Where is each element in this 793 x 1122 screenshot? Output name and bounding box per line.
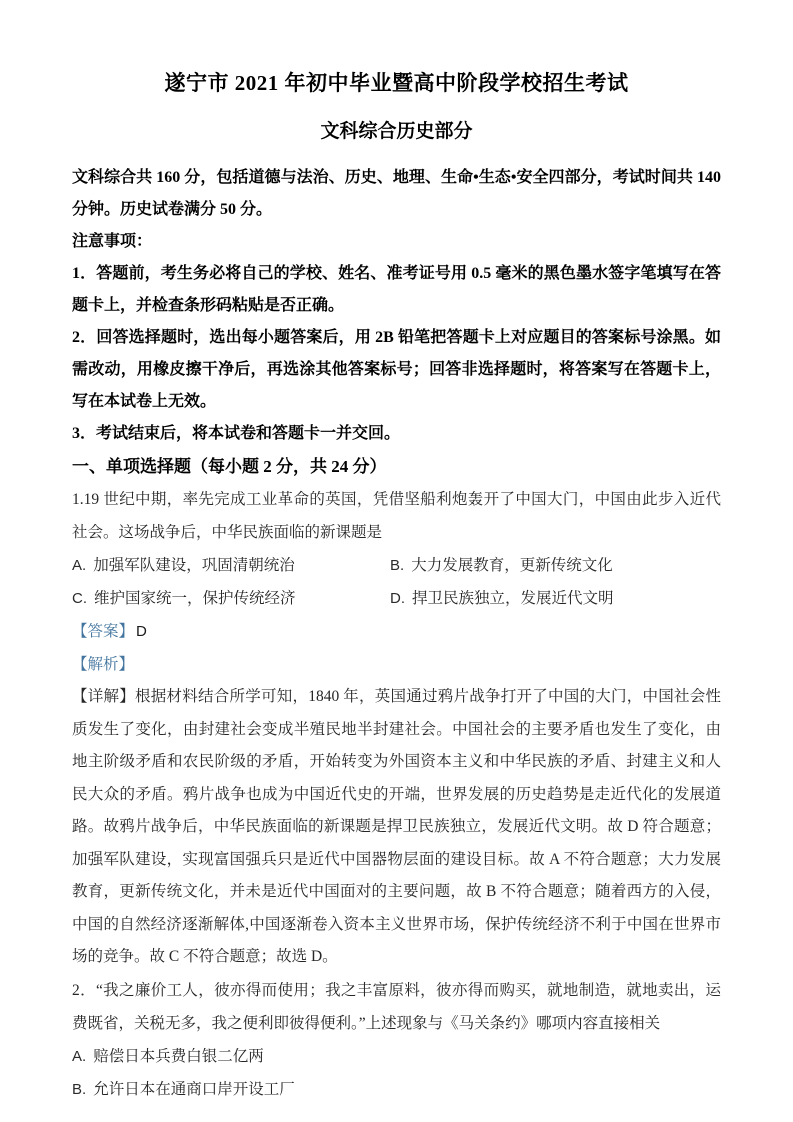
detail-label: 【详解】 xyxy=(72,688,135,705)
question-1-detail: 【详解】根据材料结合所学可知，1840 年，英国通过鸦片战争打开了中国的大门，中… xyxy=(72,681,721,974)
answer-label: 【答案】 xyxy=(72,623,134,640)
notice-item-2: 2．回答选择题时，选出每小题答案后，用 2B 铅笔把答题卡上对应题目的答案标号涂… xyxy=(72,322,721,418)
question-1-option-a: A.加强军队建设，巩固清朝统治 xyxy=(72,549,390,582)
question-1-option-c: C.维护国家统一，保护传统经济 xyxy=(72,582,390,615)
option-d-text: 捍卫民族独立，发展近代文明 xyxy=(412,590,614,607)
question-2-option-a: A.赔偿日本兵费白银二亿两 xyxy=(72,1040,721,1073)
page-subtitle: 文科综合历史部分 xyxy=(72,118,721,146)
option-a-text: 加强军队建设，巩固清朝统治 xyxy=(93,557,295,574)
question-1-options: A.加强军队建设，巩固清朝统治 B.大力发展教育，更新传统文化 C.维护国家统一… xyxy=(72,549,721,615)
option-a-letter: A. xyxy=(72,557,86,574)
question-1-option-d: D.捍卫民族独立，发展近代文明 xyxy=(390,582,721,615)
analysis-label: 【解析】 xyxy=(72,656,134,673)
section-heading: 一、单项选择题（每小题 2 分，共 24 分） xyxy=(72,450,721,483)
q2-option-b-text: 允许日本在通商口岸开设工厂 xyxy=(93,1081,295,1098)
question-2-option-b: B.允许日本在通商口岸开设工厂 xyxy=(72,1073,721,1106)
question-2-stem: 2．“我之廉价工人，彼亦得而使用；我之丰富原料，彼亦得而购买，就地制造，就地卖出… xyxy=(72,974,721,1040)
option-c-text: 维护国家统一，保护传统经济 xyxy=(94,590,296,607)
answer-value: D xyxy=(136,623,147,640)
option-b-letter: B. xyxy=(390,557,404,574)
notice-item-3: 3．考试结束后，将本试卷和答题卡一并交回。 xyxy=(72,418,721,450)
q2-option-a-letter: A. xyxy=(72,1048,86,1065)
exam-summary: 文科综合共 160 分，包括道德与法治、历史、地理、生命•生态•安全四部分，考试… xyxy=(72,162,721,226)
question-1-option-b: B.大力发展教育，更新传统文化 xyxy=(390,549,721,582)
option-d-letter: D. xyxy=(390,590,405,607)
question-1-stem: 1.19 世纪中期，率先完成工业革命的英国，凭借坚船利炮轰开了中国大门，中国由此… xyxy=(72,483,721,549)
detail-text: 根据材料结合所学可知，1840 年，英国通过鸦片战争打开了中国的大门，中国社会性… xyxy=(72,688,721,965)
q2-option-b-letter: B. xyxy=(72,1081,86,1098)
option-b-text: 大力发展教育，更新传统文化 xyxy=(411,557,613,574)
exam-paper-page: 遂宁市 2021 年初中毕业暨高中阶段学校招生考试 文科综合历史部分 文科综合共… xyxy=(0,0,793,1122)
notice-item-1: 1．答题前，考生务必将自己的学校、姓名、准考证号用 0.5 毫米的黑色墨水签字笔… xyxy=(72,258,721,322)
page-title: 遂宁市 2021 年初中毕业暨高中阶段学校招生考试 xyxy=(72,68,721,98)
option-c-letter: C. xyxy=(72,590,87,607)
question-1-answer-line: 【答案】D xyxy=(72,615,721,648)
question-1-analysis-line: 【解析】 xyxy=(72,648,721,681)
notice-heading: 注意事项： xyxy=(72,226,721,258)
q2-option-a-text: 赔偿日本兵费白银二亿两 xyxy=(93,1048,264,1065)
